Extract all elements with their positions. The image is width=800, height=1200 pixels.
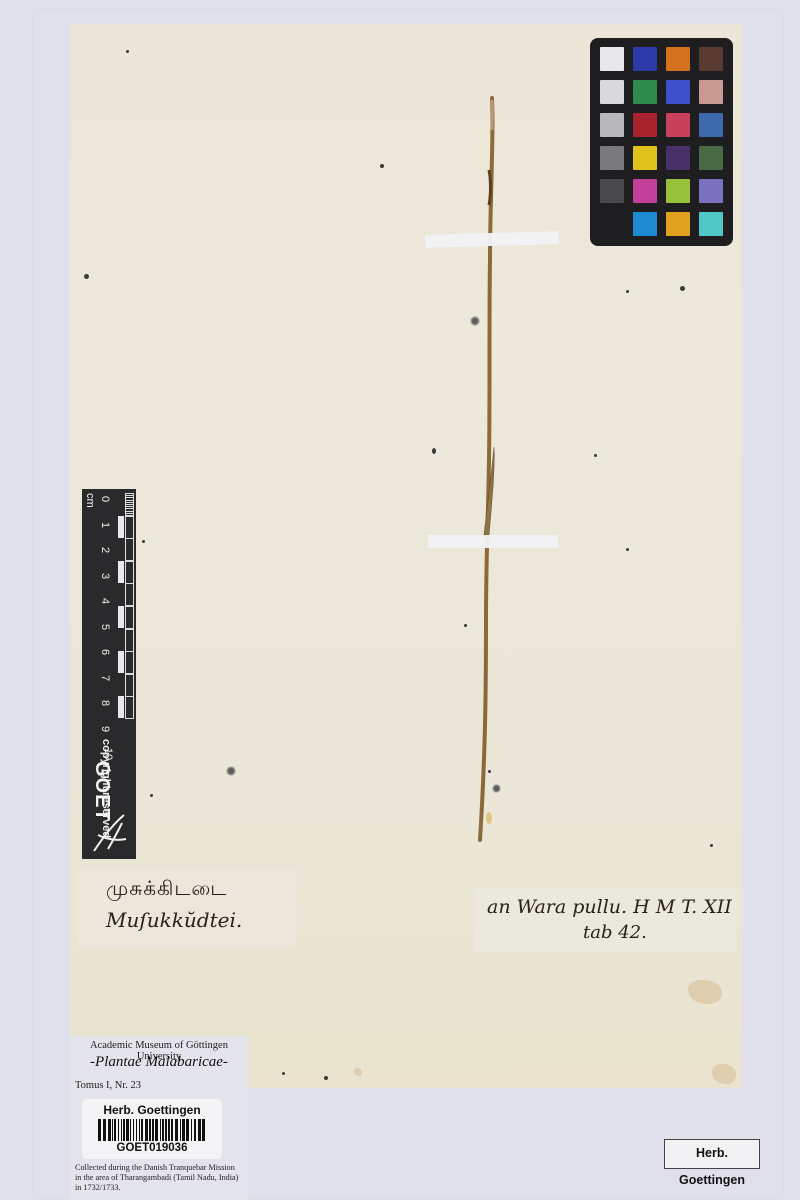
ruler-number: 6 [99, 649, 111, 655]
color-swatch [633, 146, 657, 170]
annotation-line-1: an Wara pullu. H M T. XII [487, 896, 732, 918]
ruler-segment [118, 583, 124, 605]
ruler-mm-tick [125, 511, 134, 512]
ruler-number: 9 [99, 725, 111, 731]
color-swatch [699, 80, 723, 104]
ruler-mm-tick [125, 495, 134, 496]
color-swatch [666, 113, 690, 137]
ruler-number: 2 [99, 547, 111, 553]
collection-name: -Plantae Malabaricae- [70, 1054, 248, 1071]
ruler-segment [118, 493, 124, 515]
ruler-scale-bar [118, 493, 134, 719]
ruler-mm-tick [125, 502, 134, 503]
color-swatch [666, 146, 690, 170]
annotation-line-2: tab 42. [583, 922, 647, 943]
color-swatch [699, 146, 723, 170]
ruler-segment [118, 696, 124, 718]
collection-note-line: in 1732/1733. [75, 1183, 247, 1193]
herbarium-stamp: Herb. Goettingen [664, 1139, 760, 1169]
color-swatch [633, 47, 657, 71]
scale-ruler: cm copyright reserved GOET 012345678910 [82, 489, 136, 859]
ruler-number: 8 [99, 700, 111, 706]
mounting-tape [428, 535, 558, 548]
collection-note: Collected during the Danish Tranquebar M… [75, 1163, 247, 1193]
ruler-segment [125, 561, 134, 584]
color-swatch [666, 179, 690, 203]
ruler-segment [125, 696, 134, 719]
ruler-number: 4 [99, 598, 111, 604]
ruler-mm-tick [125, 508, 134, 509]
ruler-number: 1 [99, 521, 111, 527]
ruler-unit: cm [84, 493, 96, 508]
color-swatch [600, 80, 624, 104]
ruler-segment [118, 516, 124, 538]
collection-note-line: Collected during the Danish Tranquebar M… [75, 1163, 247, 1173]
color-swatch [666, 212, 690, 236]
ruler-segment [125, 538, 134, 561]
tamil-name: முசுக்கிடடை [106, 876, 227, 903]
ruler-segment [125, 651, 134, 674]
barcode-label: Herb. Goettingen GOET019036 [82, 1099, 222, 1159]
color-calibration-chart [590, 38, 733, 246]
color-swatch [699, 179, 723, 203]
color-swatch [666, 80, 690, 104]
barcode-icon [98, 1119, 206, 1141]
ruler-segment [118, 651, 124, 673]
transliterated-name: Muſukkŭdtei. [106, 908, 242, 932]
color-swatch [633, 179, 657, 203]
ruler-mm-tick [125, 506, 134, 507]
color-swatch [600, 47, 624, 71]
ruler-mm-tick [125, 513, 134, 514]
ruler-mm-tick [125, 504, 134, 505]
ruler-number: 7 [99, 674, 111, 680]
ruler-segment [118, 561, 124, 583]
color-swatch [666, 47, 690, 71]
museum-label: Academic Museum of Göttingen University … [70, 1036, 248, 1200]
ruler-number: 10 [102, 748, 114, 760]
ruler-number: 5 [99, 623, 111, 629]
ruler-segment [125, 606, 134, 629]
ruler-mm-tick [125, 500, 134, 501]
color-swatch [633, 80, 657, 104]
ruler-number: 3 [99, 572, 111, 578]
ruler-mm-tick [125, 497, 134, 498]
collection-note-line: in the area of Tharangambadi (Tamil Nadu… [75, 1173, 247, 1183]
barcode-id: GOET019036 [82, 1142, 222, 1154]
ruler-segment [118, 606, 124, 628]
ruler-segment [125, 674, 134, 697]
ruler-segment [125, 629, 134, 652]
color-swatch [600, 113, 624, 137]
barcode-header: Herb. Goettingen [82, 1103, 222, 1117]
annotation-label: an Wara pullu. H M T. XII tab 42. [475, 888, 737, 952]
ruler-mm-tick [125, 493, 134, 494]
ruler-segment [118, 674, 124, 696]
color-swatch [633, 113, 657, 137]
color-swatch [699, 113, 723, 137]
goet-signature-icon [88, 809, 132, 855]
color-swatch [600, 212, 624, 236]
color-swatch [699, 212, 723, 236]
ruler-segment [118, 629, 124, 651]
color-swatch [699, 47, 723, 71]
ruler-segment [125, 583, 134, 606]
color-swatch [633, 212, 657, 236]
color-swatch [600, 146, 624, 170]
volume-number: Tomus I, Nr. 23 [75, 1080, 141, 1091]
vernacular-name-label: முசுக்கிடடை Muſukkŭdtei. [78, 868, 296, 948]
ruler-number: 0 [99, 496, 111, 502]
color-swatch [600, 179, 624, 203]
ruler-segment [118, 538, 124, 560]
ruler-segment [125, 516, 134, 539]
